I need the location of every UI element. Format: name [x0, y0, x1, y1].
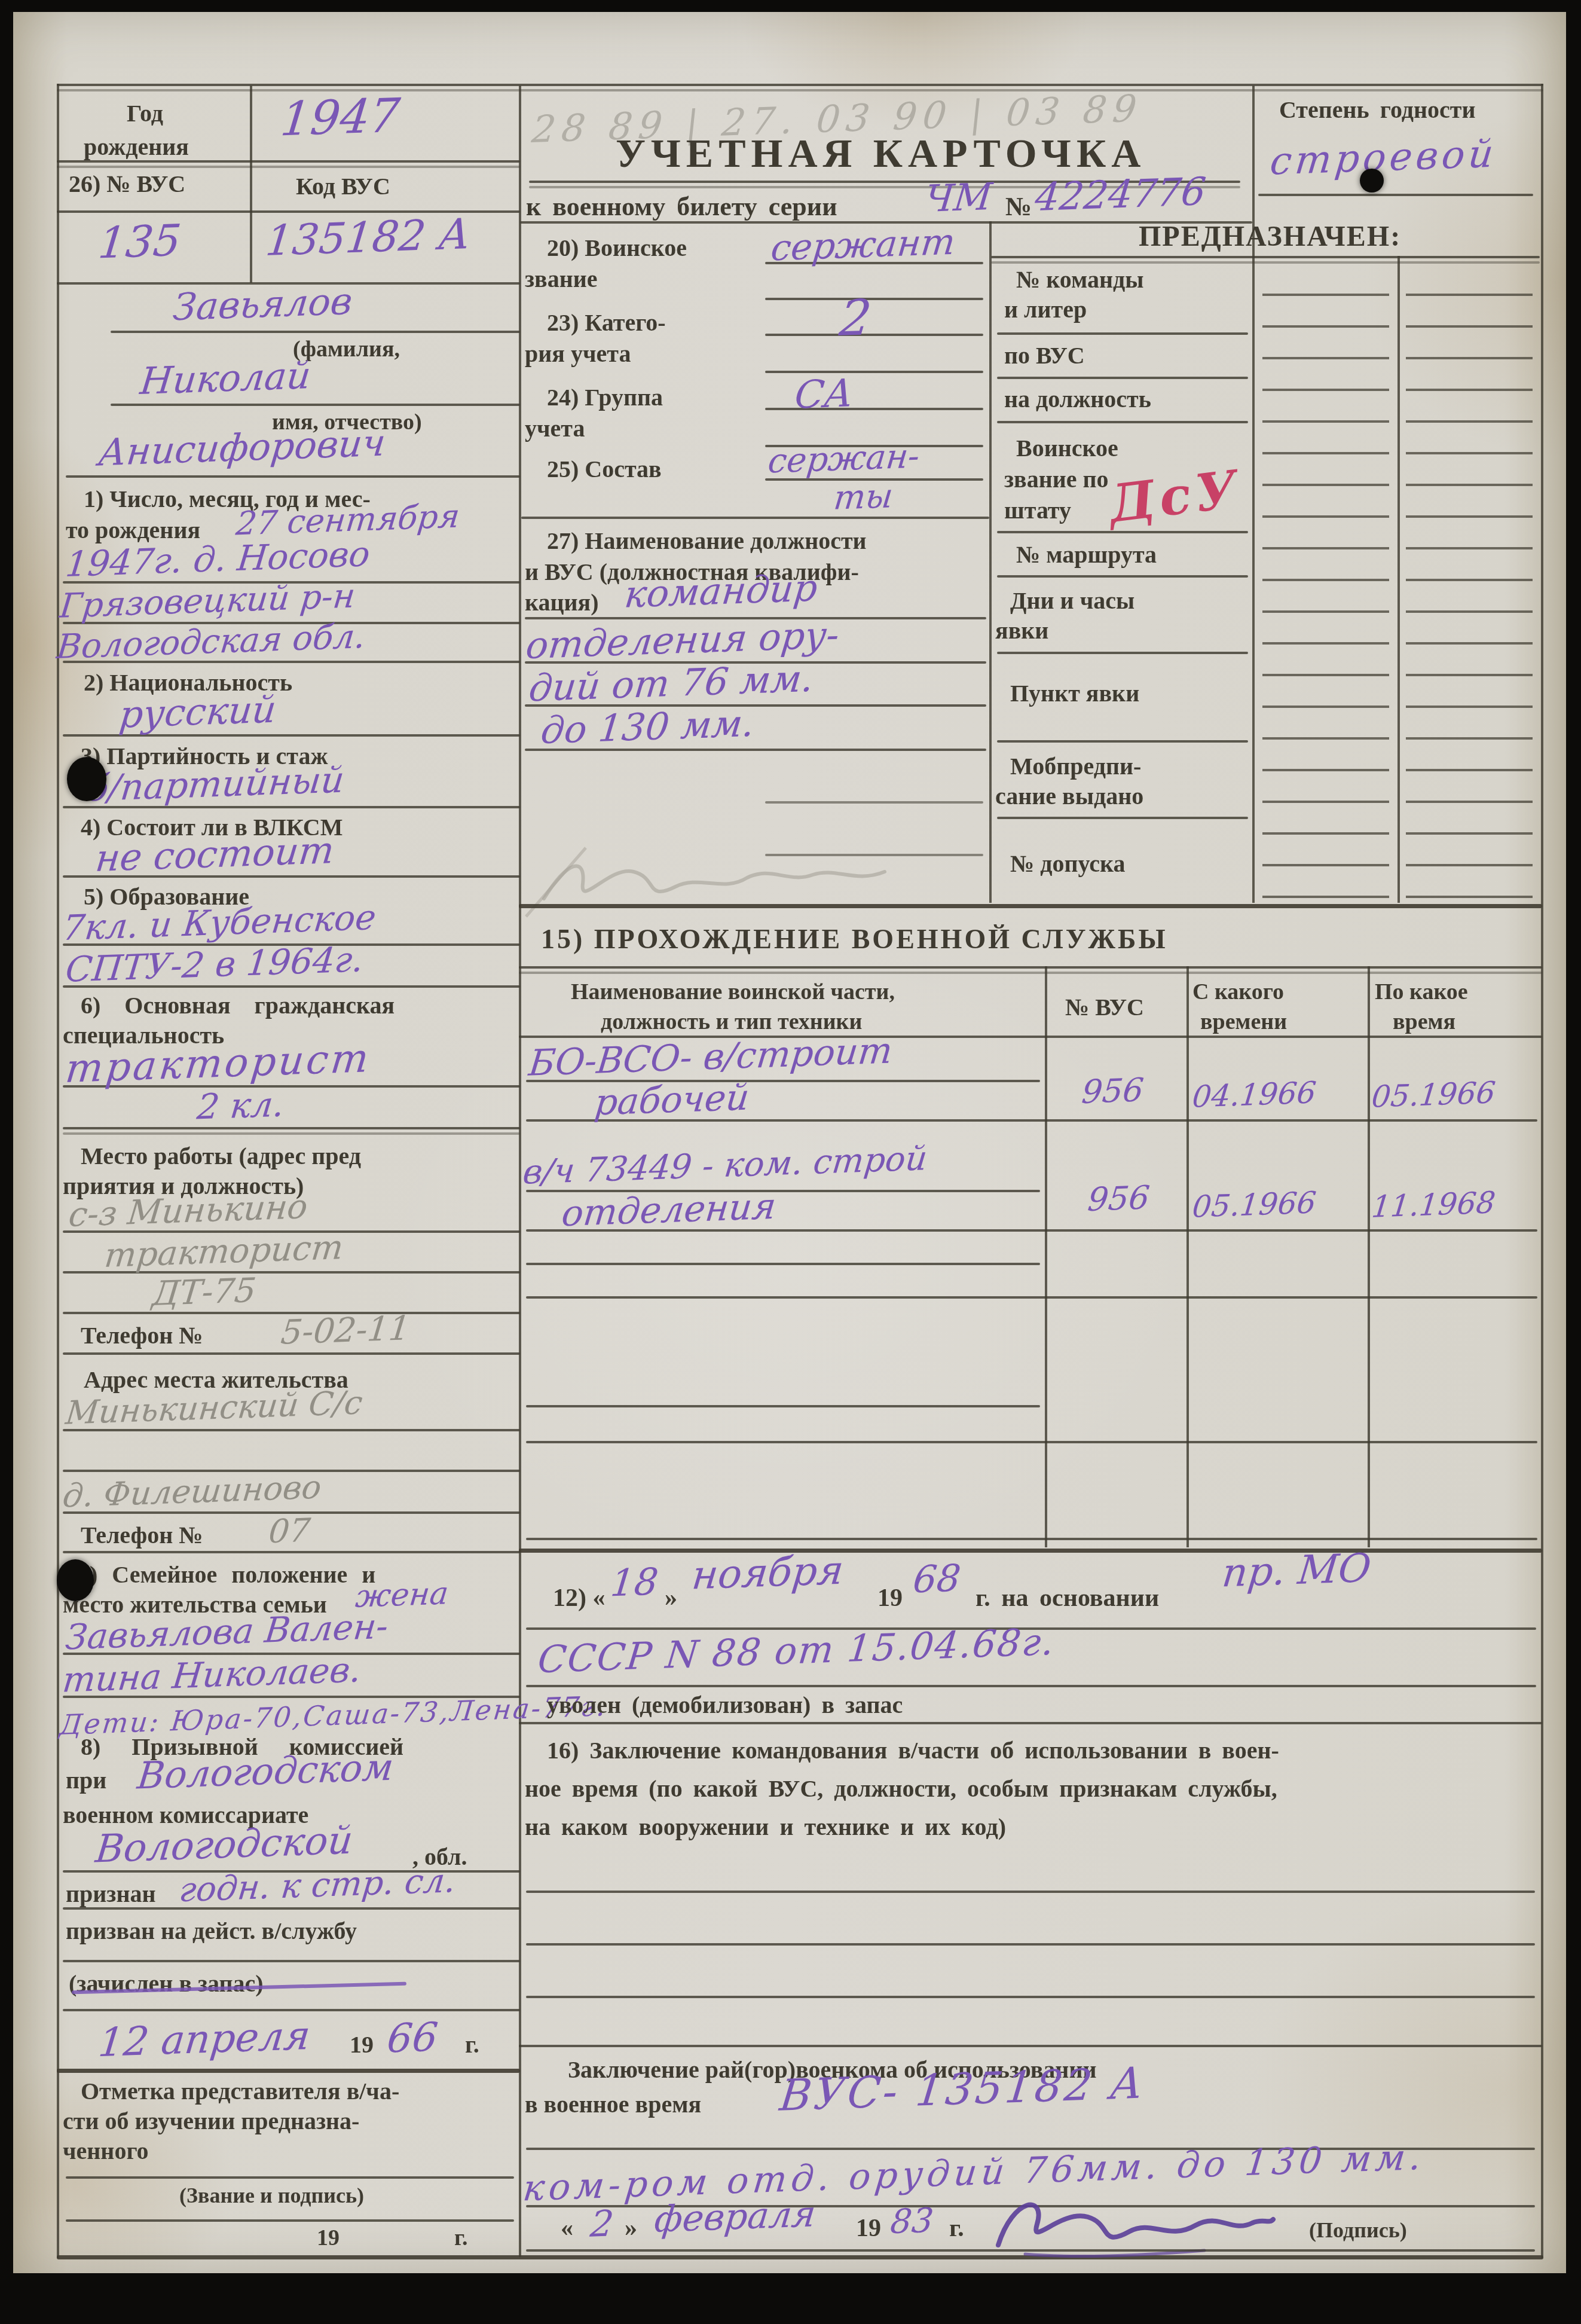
fitness-label: Степень годности: [1279, 98, 1476, 122]
assigned-row5-label: № маршрута: [1016, 543, 1157, 567]
assigned-row4-label: Воинское: [1016, 436, 1118, 460]
line: [997, 377, 1248, 379]
line: [765, 801, 983, 804]
field8-value5: 66: [386, 2017, 440, 2059]
line: [991, 256, 1540, 258]
discharge-prefix: 12) «: [553, 1586, 606, 1611]
field23-label: 23) Катего-: [547, 311, 666, 335]
line: [526, 1538, 1537, 1540]
service-row1-name2: рабочей: [593, 1079, 751, 1120]
service-col3-header: С какого: [1192, 981, 1284, 1003]
line: [66, 475, 520, 478]
field8-label2: при: [66, 1769, 106, 1792]
service-row2-vus: 956: [1086, 1181, 1151, 1216]
field8-year-suf: г.: [465, 2033, 479, 2057]
discharge-suffix-label: уволен (демобилизован) в запас: [547, 1693, 903, 1717]
assigned-row6-label: Дни и часы: [1010, 589, 1134, 613]
discharge-year: 68: [912, 1559, 962, 1598]
field4-value: не состоит: [94, 832, 336, 877]
service-row2-from: 05.1966: [1191, 1187, 1317, 1221]
field8-label6: призван на дейст. в/службу: [66, 1919, 357, 1943]
service-col4-header: По какое: [1375, 981, 1468, 1003]
service-col4-header2: время: [1393, 1010, 1455, 1033]
line: [997, 817, 1248, 819]
phone1-label: Телефон №: [81, 1324, 203, 1348]
table-divider-1: [1045, 966, 1047, 1547]
field25-value2: ты: [832, 480, 895, 515]
field6-value1: тракторист: [64, 1039, 373, 1089]
frame-bottom: [57, 2255, 1543, 2259]
assigned-row4-label2: звание по: [1004, 468, 1109, 491]
signature: [989, 2188, 1276, 2263]
work-value3: ДТ-75: [151, 1274, 258, 1311]
mark-year-pre: 19: [317, 2227, 340, 2249]
line: [765, 298, 983, 300]
line: [519, 1549, 1542, 1553]
conclusion16-label2: ное время (по какой ВУС, должности, особ…: [525, 1777, 1277, 1801]
birth-year-value: 1947: [279, 92, 402, 143]
phone1-value: 5-02-11: [279, 1312, 412, 1350]
divider-left-column: [519, 85, 521, 2257]
line: [63, 2009, 520, 2011]
vus-code-label: Код ВУС: [296, 175, 390, 198]
line: [57, 2069, 520, 2073]
field27-value1: командир: [623, 569, 819, 613]
line: [63, 1960, 520, 1962]
line: [526, 1996, 1535, 1998]
field23-value: 2: [837, 294, 874, 344]
service-row1-from: 04.1966: [1191, 1077, 1317, 1111]
field7-label: 7) Семейное положение и: [78, 1563, 375, 1587]
vus-number-value: 135: [96, 218, 183, 264]
service-row1-vus: 956: [1080, 1074, 1145, 1108]
line: [111, 331, 520, 333]
discharge-month: ноября: [690, 1550, 846, 1595]
divider-assigned-2: [1397, 256, 1400, 903]
line: [997, 575, 1248, 578]
field7-value3: тина Николаев.: [61, 1652, 363, 1697]
assigned-row2-label: по ВУС: [1004, 344, 1085, 368]
line: [519, 2045, 1542, 2047]
field20-value: сержант: [769, 224, 957, 266]
line: [526, 1891, 1535, 1893]
vus-number-label: 26) № ВУС: [69, 172, 185, 196]
service-row1-to: 05.1966: [1370, 1077, 1497, 1111]
field8-value1: Вологодском: [136, 1748, 395, 1794]
field20-label: 20) Воинское: [547, 236, 687, 260]
line: [526, 1263, 1040, 1265]
final-vus-value: ВУС- 135182 А: [778, 2061, 1148, 2117]
service-col2-header: № ВУС: [1065, 995, 1144, 1019]
assigned-row1-label: № команды: [1016, 268, 1143, 292]
divider-center: [989, 221, 992, 903]
conclusion16-label3: на каком вооружении и технике и их код): [525, 1815, 1006, 1839]
vus-code-value: 135182 А: [264, 213, 473, 262]
field24-label2: учета: [525, 417, 585, 441]
field6-value2: 2 кл.: [195, 1086, 286, 1124]
frame-left: [57, 84, 59, 2258]
field7-value2: Завьялова Вален-: [64, 1608, 390, 1654]
table-divider-3: [1368, 966, 1370, 1547]
field8-year-pre: 19: [350, 2033, 374, 2057]
line: [521, 517, 989, 519]
field3-value: б/партийный: [85, 762, 346, 807]
discharge-year-pre: 19: [877, 1586, 903, 1611]
field25-label: 25) Состав: [547, 457, 662, 481]
mark-label3: ченного: [63, 2139, 149, 2163]
work-label: Место работы (адрес пред: [81, 1144, 361, 1168]
line: [526, 2249, 1535, 2252]
final-date-month: февраля: [653, 2196, 818, 2238]
field27-value4: до 130 мм.: [539, 705, 756, 750]
discharge-basis1: пр. МО: [1221, 1549, 1373, 1593]
assigned-blank-column-1: [1262, 264, 1389, 899]
punch-hole-top: [67, 757, 106, 801]
birth-year-label: Год: [127, 102, 163, 126]
name-value: Николай: [139, 357, 313, 400]
line: [765, 334, 983, 336]
punch-hole-bottom: [57, 1559, 94, 1601]
mark-year-suf: г.: [454, 2227, 467, 2249]
field8-value2: Вологодской: [94, 1821, 355, 1868]
line: [526, 1296, 1537, 1299]
field27-label: 27) Наименование должности: [547, 529, 867, 553]
discharge-basis-label: г. на основании: [975, 1586, 1159, 1611]
assigned-row3-label: на должность: [1004, 387, 1151, 411]
line: [57, 160, 520, 163]
ticket-number-value: 4224776: [1033, 173, 1208, 217]
field5-value1: 7кл. и Кубенское: [61, 900, 378, 946]
work-value1: с-з Минькино: [67, 1190, 309, 1232]
field23-label2: рия учета: [525, 342, 631, 366]
line: [519, 966, 1542, 969]
line: [526, 1441, 1537, 1443]
field27-value3: дий от 76 мм.: [527, 660, 815, 707]
field25-value1: сержан-: [766, 439, 921, 478]
line: [997, 531, 1248, 533]
patronymic-value: Анисифорович: [97, 424, 387, 471]
field5-value2: СПТУ-2 в 1964г.: [64, 942, 365, 987]
assigned-row1-label2: и литер: [1004, 298, 1087, 322]
field1-label2: то рождения: [66, 518, 200, 542]
service-col3-header2: времени: [1200, 1010, 1287, 1033]
work-value2: тракторист: [103, 1231, 345, 1273]
final-date-year: 83: [889, 2204, 935, 2240]
field8-value4: 12 апреля: [97, 2016, 313, 2063]
line: [63, 1551, 520, 1553]
assigned-row6-label2: явки: [995, 619, 1048, 643]
field6-label: 6) Основная гражданская: [81, 994, 395, 1018]
assigned-row4-label3: штату: [1004, 499, 1071, 523]
assigned-title: ПРЕДНАЗНАЧЕН:: [1139, 222, 1401, 251]
assigned-blank-column-2: [1406, 264, 1533, 899]
series-value: ЧМ: [923, 178, 994, 218]
final-sign-label: (Подпись): [1309, 2219, 1407, 2241]
phone2-value: 07: [267, 1514, 311, 1549]
discharge-day: 18: [609, 1563, 660, 1602]
final-date-ysuf: г.: [949, 2216, 964, 2241]
line: [526, 1685, 1536, 1687]
line: [63, 1352, 520, 1355]
field8-value3: годн. к стр. сл.: [178, 1864, 457, 1907]
card-subtitle: к военному билету серии: [526, 194, 837, 220]
assigned-row7-label: Пункт явки: [1010, 682, 1139, 706]
registration-card-scan: Год рождения 1947 26) № ВУС Код ВУС 135 …: [0, 0, 1581, 2324]
service-row2-name2: отделения: [560, 1189, 778, 1232]
line: [66, 2219, 514, 2222]
mark-label1: Отметка представителя в/ча-: [81, 2079, 399, 2103]
field1-value2: 1947г. д. Носово: [64, 536, 372, 582]
field1-value3: Грязовецкий р-н: [58, 579, 357, 623]
service-section-title: 15) ПРОХОЖДЕНИЕ ВОЕННОЙ СЛУЖБЫ: [541, 926, 1168, 953]
number-sign: №: [1005, 194, 1032, 220]
phone2-label: Телефон №: [81, 1523, 203, 1547]
field8-label5: признан: [66, 1882, 156, 1906]
divider-assigned-1: [1252, 256, 1255, 903]
discharge-quote2: »: [665, 1586, 677, 1611]
line: [765, 371, 983, 373]
final-date-mid: »: [625, 2216, 637, 2241]
assigned-row8-label2: сание выдано: [995, 784, 1143, 808]
field27-label3: кация): [525, 591, 599, 615]
line: [526, 1405, 1040, 1407]
card-title: УЧЕТНАЯ КАРТОЧКА: [616, 133, 1146, 173]
line: [111, 404, 520, 406]
frame-right: [1541, 84, 1543, 2258]
line: [526, 1943, 1535, 1946]
divider-top-left: [250, 85, 252, 283]
service-col1-header2: должность и тип техники: [601, 1010, 862, 1033]
line: [519, 904, 1542, 908]
line: [997, 332, 1248, 335]
line: [1258, 194, 1533, 196]
field24-value: СА: [793, 374, 855, 415]
mark-label2: сти об изучении предназна-: [63, 2109, 359, 2133]
line: [66, 2176, 514, 2179]
line: [63, 1127, 520, 1129]
line: [997, 421, 1248, 423]
table-divider-2: [1186, 966, 1189, 1547]
final-label2: в военное время: [525, 2093, 701, 2117]
line: [997, 652, 1248, 654]
field24-label: 24) Группа: [547, 386, 663, 410]
conclusion16-label1: 16) Заключение командования в/части об и…: [547, 1739, 1279, 1763]
surname-value: Завьялов: [172, 283, 354, 326]
final-date-day: 2: [589, 2206, 615, 2243]
final-date-pre: «: [561, 2216, 573, 2241]
assigned-row9-label: № допуска: [1010, 852, 1125, 876]
field2-value: русский: [118, 691, 278, 733]
service-row2-to: 11.1968: [1370, 1187, 1497, 1221]
rank-sign-label: (Звание и подпись): [179, 2185, 364, 2206]
line: [997, 740, 1248, 743]
line: [519, 1722, 1542, 1724]
assigned-row8-label: Мобпредпи-: [1010, 755, 1141, 778]
address-value2: д. Филешиново: [61, 1471, 323, 1512]
service-col1-header: Наименование воинской части,: [571, 981, 895, 1003]
fitness-value: строевой: [1268, 135, 1499, 181]
punch-dot: [1360, 169, 1384, 193]
birth-year-label2: рождения: [84, 135, 189, 159]
frame-top: [57, 84, 1543, 86]
final-date-ypre: 19: [856, 2216, 881, 2241]
line: [63, 1907, 520, 1910]
field20-label2: звание: [525, 267, 598, 291]
